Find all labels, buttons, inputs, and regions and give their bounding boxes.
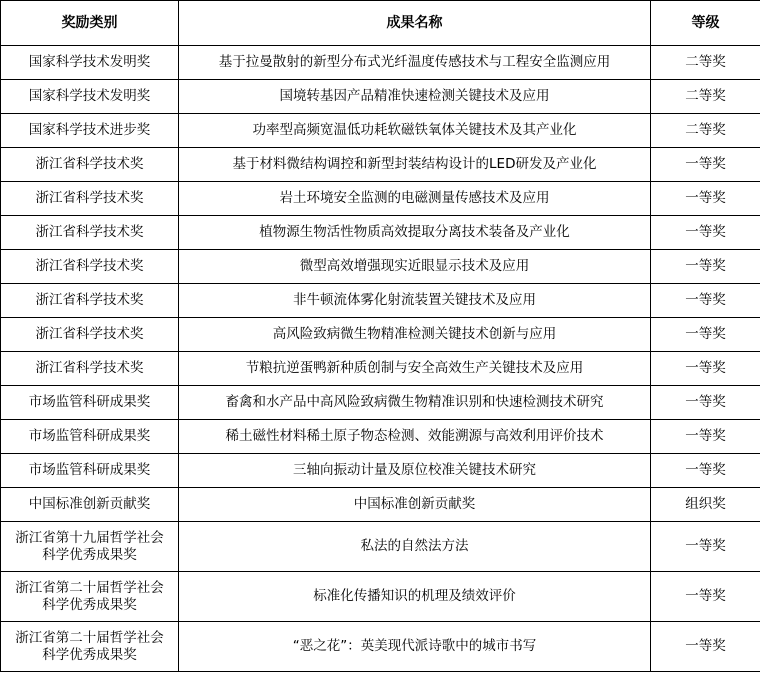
cell-category: 浙江省科学技术奖 (1, 182, 179, 216)
cell-grade: 一等奖 (651, 420, 760, 454)
table-row: 浙江省科学技术奖 节粮抗逆蛋鸭新种质创制与安全高效生产关键技术及应用 一等奖 (1, 352, 760, 386)
cell-category: 国家科学技术进步奖 (1, 114, 179, 148)
cell-category: 浙江省科学技术奖 (1, 352, 179, 386)
table-row: 国家科学技术发明奖 基于拉曼散射的新型分布式光纤温度传感技术与工程安全监测应用 … (1, 46, 760, 80)
cell-category: 浙江省科学技术奖 (1, 318, 179, 352)
cell-achievement: 畜禽和水产品中高风险致病微生物精准识别和快速检测技术研究 (179, 386, 651, 420)
cell-grade: 一等奖 (651, 522, 760, 572)
cell-category: 浙江省第十九届哲学社会 科学优秀成果奖 (1, 522, 179, 572)
cell-category: 国家科学技术发明奖 (1, 46, 179, 80)
table-row: 浙江省科学技术奖 高风险致病微生物精准检测关键技术创新与应用 一等奖 (1, 318, 760, 352)
cell-grade: 组织奖 (651, 488, 760, 522)
table-row: 浙江省第二十届哲学社会 科学优秀成果奖 “恶之花”：英美现代派诗歌中的城市书写 … (1, 622, 760, 672)
cell-category-line1: 浙江省第十九届哲学社会 (3, 530, 176, 547)
table-row: 浙江省科学技术奖 岩土环境安全监测的电磁测量传感技术及应用 一等奖 (1, 182, 760, 216)
cell-achievement: 中国标准创新贡献奖 (179, 488, 651, 522)
cell-achievement: 岩土环境安全监测的电磁测量传感技术及应用 (179, 182, 651, 216)
cell-achievement: 植物源生物活性物质高效提取分离技术装备及产业化 (179, 216, 651, 250)
cell-category: 市场监管科研成果奖 (1, 420, 179, 454)
cell-category-line1: 浙江省第二十届哲学社会 (3, 580, 176, 597)
table-row: 国家科学技术进步奖 功率型高频宽温低功耗软磁铁氧体关键技术及其产业化 二等奖 (1, 114, 760, 148)
cell-achievement: 高风险致病微生物精准检测关键技术创新与应用 (179, 318, 651, 352)
cell-grade: 一等奖 (651, 182, 760, 216)
header-category: 奖励类别 (1, 1, 179, 46)
cell-grade: 一等奖 (651, 148, 760, 182)
cell-achievement: 国境转基因产品精准快速检测关键技术及应用 (179, 80, 651, 114)
table-row: 浙江省第二十届哲学社会 科学优秀成果奖 标准化传播知识的机理及绩效评价 一等奖 (1, 572, 760, 622)
table-row: 市场监管科研成果奖 稀土磁性材料稀土原子物态检测、效能溯源与高效利用评价技术 一… (1, 420, 760, 454)
cell-grade: 一等奖 (651, 318, 760, 352)
cell-achievement: 标准化传播知识的机理及绩效评价 (179, 572, 651, 622)
table-row: 浙江省科学技术奖 微型高效增强现实近眼显示技术及应用 一等奖 (1, 250, 760, 284)
cell-achievement: 基于拉曼散射的新型分布式光纤温度传感技术与工程安全监测应用 (179, 46, 651, 80)
cell-category: 国家科学技术发明奖 (1, 80, 179, 114)
cell-category: 浙江省科学技术奖 (1, 284, 179, 318)
cell-achievement: 节粮抗逆蛋鸭新种质创制与安全高效生产关键技术及应用 (179, 352, 651, 386)
cell-category: 浙江省第二十届哲学社会 科学优秀成果奖 (1, 622, 179, 672)
table-row: 市场监管科研成果奖 三轴向振动计量及原位校准关键技术研究 一等奖 (1, 454, 760, 488)
cell-grade: 一等奖 (651, 250, 760, 284)
cell-grade: 二等奖 (651, 114, 760, 148)
cell-achievement: “恶之花”：英美现代派诗歌中的城市书写 (179, 622, 651, 672)
cell-category-line2: 科学优秀成果奖 (3, 597, 176, 614)
cell-grade: 一等奖 (651, 284, 760, 318)
cell-category: 市场监管科研成果奖 (1, 454, 179, 488)
cell-category: 市场监管科研成果奖 (1, 386, 179, 420)
awards-table: 奖励类别 成果名称 等级 国家科学技术发明奖 基于拉曼散射的新型分布式光纤温度传… (0, 0, 760, 672)
cell-grade: 二等奖 (651, 46, 760, 80)
table-row: 浙江省科学技术奖 植物源生物活性物质高效提取分离技术装备及产业化 一等奖 (1, 216, 760, 250)
header-achievement: 成果名称 (179, 1, 651, 46)
cell-grade: 一等奖 (651, 216, 760, 250)
cell-achievement: 三轴向振动计量及原位校准关键技术研究 (179, 454, 651, 488)
table-row: 浙江省科学技术奖 非牛顿流体雾化射流装置关键技术及应用 一等奖 (1, 284, 760, 318)
cell-achievement: 私法的自然法方法 (179, 522, 651, 572)
table-row: 市场监管科研成果奖 畜禽和水产品中高风险致病微生物精准识别和快速检测技术研究 一… (1, 386, 760, 420)
cell-category: 中国标准创新贡献奖 (1, 488, 179, 522)
header-grade: 等级 (651, 1, 760, 46)
cell-category: 浙江省科学技术奖 (1, 148, 179, 182)
cell-category-line1: 浙江省第二十届哲学社会 (3, 630, 176, 647)
header-row: 奖励类别 成果名称 等级 (1, 1, 760, 46)
cell-grade: 一等奖 (651, 386, 760, 420)
cell-category-line2: 科学优秀成果奖 (3, 547, 176, 564)
cell-achievement: 功率型高频宽温低功耗软磁铁氧体关键技术及其产业化 (179, 114, 651, 148)
cell-grade: 一等奖 (651, 572, 760, 622)
cell-achievement: 非牛顿流体雾化射流装置关键技术及应用 (179, 284, 651, 318)
table-row: 国家科学技术发明奖 国境转基因产品精准快速检测关键技术及应用 二等奖 (1, 80, 760, 114)
table-row: 浙江省第十九届哲学社会 科学优秀成果奖 私法的自然法方法 一等奖 (1, 522, 760, 572)
cell-grade: 一等奖 (651, 352, 760, 386)
cell-achievement: 基于材料微结构调控和新型封装结构设计的LED研发及产业化 (179, 148, 651, 182)
cell-category-line2: 科学优秀成果奖 (3, 647, 176, 664)
cell-achievement: 稀土磁性材料稀土原子物态检测、效能溯源与高效利用评价技术 (179, 420, 651, 454)
cell-category: 浙江省科学技术奖 (1, 250, 179, 284)
cell-grade: 一等奖 (651, 622, 760, 672)
cell-achievement: 微型高效增强现实近眼显示技术及应用 (179, 250, 651, 284)
table-row: 浙江省科学技术奖 基于材料微结构调控和新型封装结构设计的LED研发及产业化 一等… (1, 148, 760, 182)
table-row: 中国标准创新贡献奖 中国标准创新贡献奖 组织奖 (1, 488, 760, 522)
cell-grade: 一等奖 (651, 454, 760, 488)
cell-category: 浙江省科学技术奖 (1, 216, 179, 250)
cell-grade: 二等奖 (651, 80, 760, 114)
cell-category: 浙江省第二十届哲学社会 科学优秀成果奖 (1, 572, 179, 622)
